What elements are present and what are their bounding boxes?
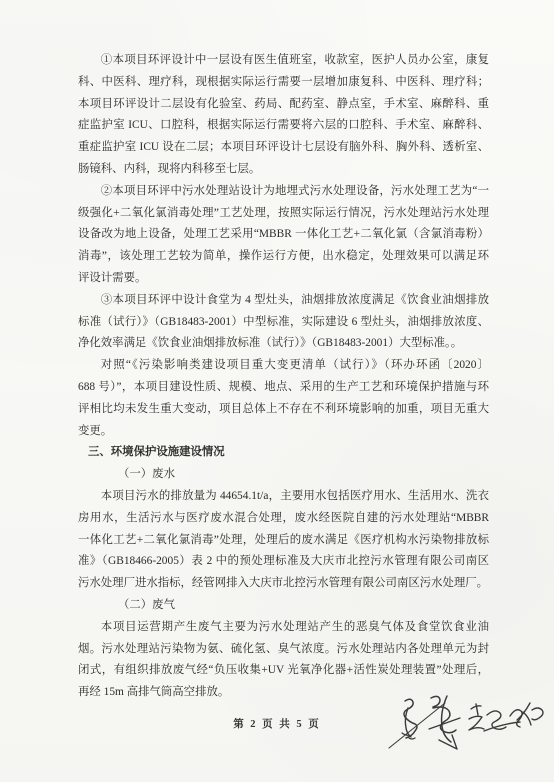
text-line: 688 号）”，本项目建设性质、规模、地点、采用的生产工艺和环境保护措施与环 (78, 377, 489, 399)
text-line: 房用水，生活污水与医疗废水混合处理，废水经医院自建的污水处理站“MBBR (78, 508, 489, 530)
text-line: 烟。污水处理站污染物为氨、硫化氢、臭气浓度。污水处理站内各处理单元为封 (78, 639, 489, 661)
paragraph-sewage-station-change: ②本项目环评中污水处理站设计为地埋式污水处理设备，污水处理工艺为“一 级强化+二… (78, 181, 489, 290)
handwritten-signature-left (389, 696, 460, 749)
text-line: 对照“《污染影响类建设项目重大变更清单（试行）》（环办环函〔2020〕 (78, 355, 489, 377)
section-heading-environmental-facilities: 三、环境保护设施建设情况 (78, 442, 489, 464)
text-line: 肠镜科、内科，现将内科移至七层。 (78, 159, 489, 181)
text-line: 评设计需要。 (78, 268, 489, 290)
text-line: 本项目污水的排放量为 44654.1t/a，主要用水包括医疗用水、生活用水、洗衣 (78, 486, 489, 508)
paragraph-floor-layout-change: ①本项目环评设计中一层设有医生值班室，收款室，医护人员办公室，康复 科、中医科、… (78, 50, 489, 181)
text-line: 科、中医科、理疗科，现根据实际运行需要一层增加康复科、中医科、理疗科； (78, 72, 489, 94)
text-line: 设备改为地上设备，处理工艺采用“MBBR 一体化工艺+二氧化氯（含氯消毒粉） (78, 224, 489, 246)
document-page: ①本项目环评设计中一层设有医生值班室，收款室，医护人员办公室，康复 科、中医科、… (0, 0, 554, 782)
text-line: 重症监护室 ICU 设在二层；本项目环评设计七层设有脑外科、胸外科、透析室、 (78, 137, 489, 159)
document-body: ①本项目环评设计中一层设有医生值班室，收款室，医护人员办公室，康复 科、中医科、… (78, 50, 489, 704)
text-line: 评相比均未发生重大变动，项目总体上不存在不利环境影响的加重，项目无重大 (78, 399, 489, 421)
text-line: 本项目环评设计二层设有化验室、药局、配药室、静点室，手术室、麻醉科、重 (78, 94, 489, 116)
handwritten-signature-right (469, 703, 543, 731)
text-line: 变更。 (78, 421, 489, 443)
text-line: 一体化工艺+二氧化氯消毒”处理，处理后的废水满足《医疗机构水污染物排放标 (78, 530, 489, 552)
text-line: 症监护室 ICU、口腔科，根据实际运行需要将六层的口腔科、手术室、麻醉科、 (78, 115, 489, 137)
subsection-heading-wastewater: （一）废水 (78, 464, 489, 486)
paragraph-major-change-comparison: 对照“《污染影响类建设项目重大变更清单（试行）》（环办环函〔2020〕 688 … (78, 355, 489, 442)
text-line: 级强化+二氧化氯消毒处理”工艺处理，按照实际运行情况，污水处理站污水处理 (78, 203, 489, 225)
paragraph-canteen-stove-change: ③本项目环评中设计食堂为 4 型灶头，油烟排放浓度满足《饮食业油烟排放 标准（试… (78, 290, 489, 355)
text-line: 闭式，有组织排放废气经“负压收集+UV 光氧净化器+活性炭处理装置”处理后， (78, 660, 489, 682)
text-line: 污水处理厂进水指标，经管网排入大庆市北控污水管理有限公司南区污水处理厂。 (78, 573, 489, 595)
handwritten-signatures (383, 688, 548, 768)
text-line: ②本项目环评中污水处理站设计为地埋式污水处理设备，污水处理工艺为“一 (78, 181, 489, 203)
text-line: 准》（GB18466-2005）表 2 中的预处理标准及大庆市北控污水管理有限公… (78, 551, 489, 573)
text-line: ③本项目环评中设计食堂为 4 型灶头，油烟排放浓度满足《饮食业油烟排放 (78, 290, 489, 312)
text-line: ①本项目环评设计中一层设有医生值班室，收款室，医护人员办公室，康复 (78, 50, 489, 72)
subsection-heading-waste-gas: （二）废气 (78, 595, 489, 617)
text-line: 标准（试行）》（GB18483-2001）中型标准，实际建设 6 型灶头，油烟排… (78, 312, 489, 334)
paragraph-wastewater-treatment: 本项目污水的排放量为 44654.1t/a，主要用水包括医疗用水、生活用水、洗衣… (78, 486, 489, 595)
text-line: 本项目运营期产生废气主要为污水处理站产生的恶臭气体及食堂饮食业油 (78, 617, 489, 639)
text-line: 消毒”，该处理工艺较为简单，操作运行方便，出水稳定，处理效果可以满足环 (78, 246, 489, 268)
text-line: 净化效率满足《饮食业油烟排放标准（试行）》（GB18483-2001）大型标准。… (78, 333, 489, 355)
